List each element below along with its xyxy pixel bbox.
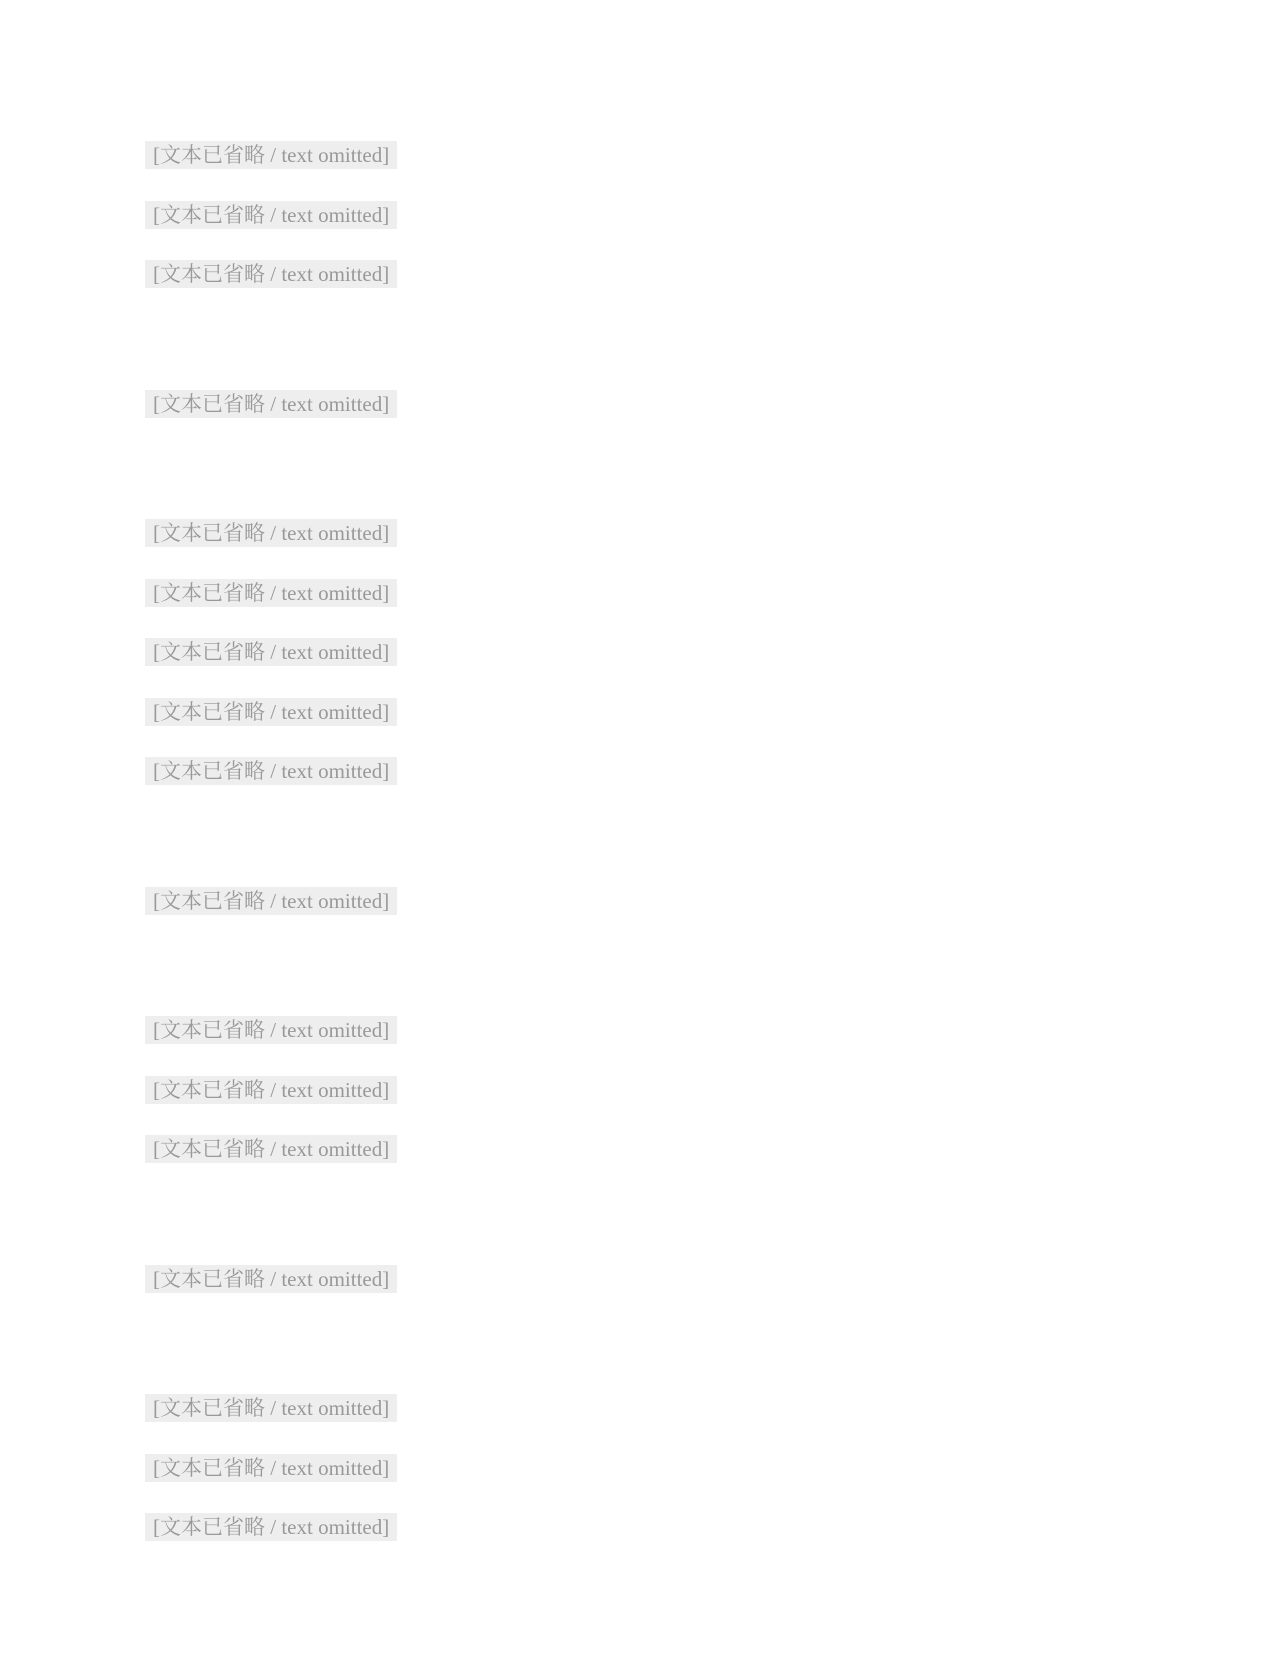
paragraph: [文本已省略 / text omitted]	[145, 637, 1135, 669]
paragraph: [文本已省略 / text omitted]	[145, 1075, 1135, 1107]
paragraph: [文本已省略 / text omitted]	[145, 200, 1135, 232]
paragraph: [文本已省略 / text omitted]	[145, 578, 1135, 610]
paragraph: [文本已省略 / text omitted]	[145, 1015, 1135, 1047]
document-page: [文本已省略 / text omitted][文本已省略 / text omit…	[0, 0, 1280, 1656]
paragraph: [文本已省略 / text omitted]	[145, 259, 1135, 291]
paragraph: [文本已省略 / text omitted]	[145, 518, 1135, 550]
paragraph: [文本已省略 / text omitted]	[145, 1134, 1135, 1166]
section-gap	[145, 1323, 1135, 1393]
paragraph: [文本已省略 / text omitted]	[145, 140, 1135, 172]
section-gap	[145, 448, 1135, 518]
paragraph: [文本已省略 / text omitted]	[145, 697, 1135, 729]
section-gap	[145, 319, 1135, 389]
paragraph: [文本已省略 / text omitted]	[145, 389, 1135, 421]
section-gap	[145, 945, 1135, 1015]
paragraph: [文本已省略 / text omitted]	[145, 1264, 1135, 1296]
document-body: [文本已省略 / text omitted][文本已省略 / text omit…	[145, 140, 1135, 1572]
paragraph: [文本已省略 / text omitted]	[145, 1512, 1135, 1544]
paragraph: [文本已省略 / text omitted]	[145, 756, 1135, 788]
section-gap	[145, 816, 1135, 886]
paragraph: [文本已省略 / text omitted]	[145, 1453, 1135, 1485]
section-gap	[145, 1194, 1135, 1264]
paragraph: [文本已省略 / text omitted]	[145, 886, 1135, 918]
paragraph: [文本已省略 / text omitted]	[145, 1393, 1135, 1425]
